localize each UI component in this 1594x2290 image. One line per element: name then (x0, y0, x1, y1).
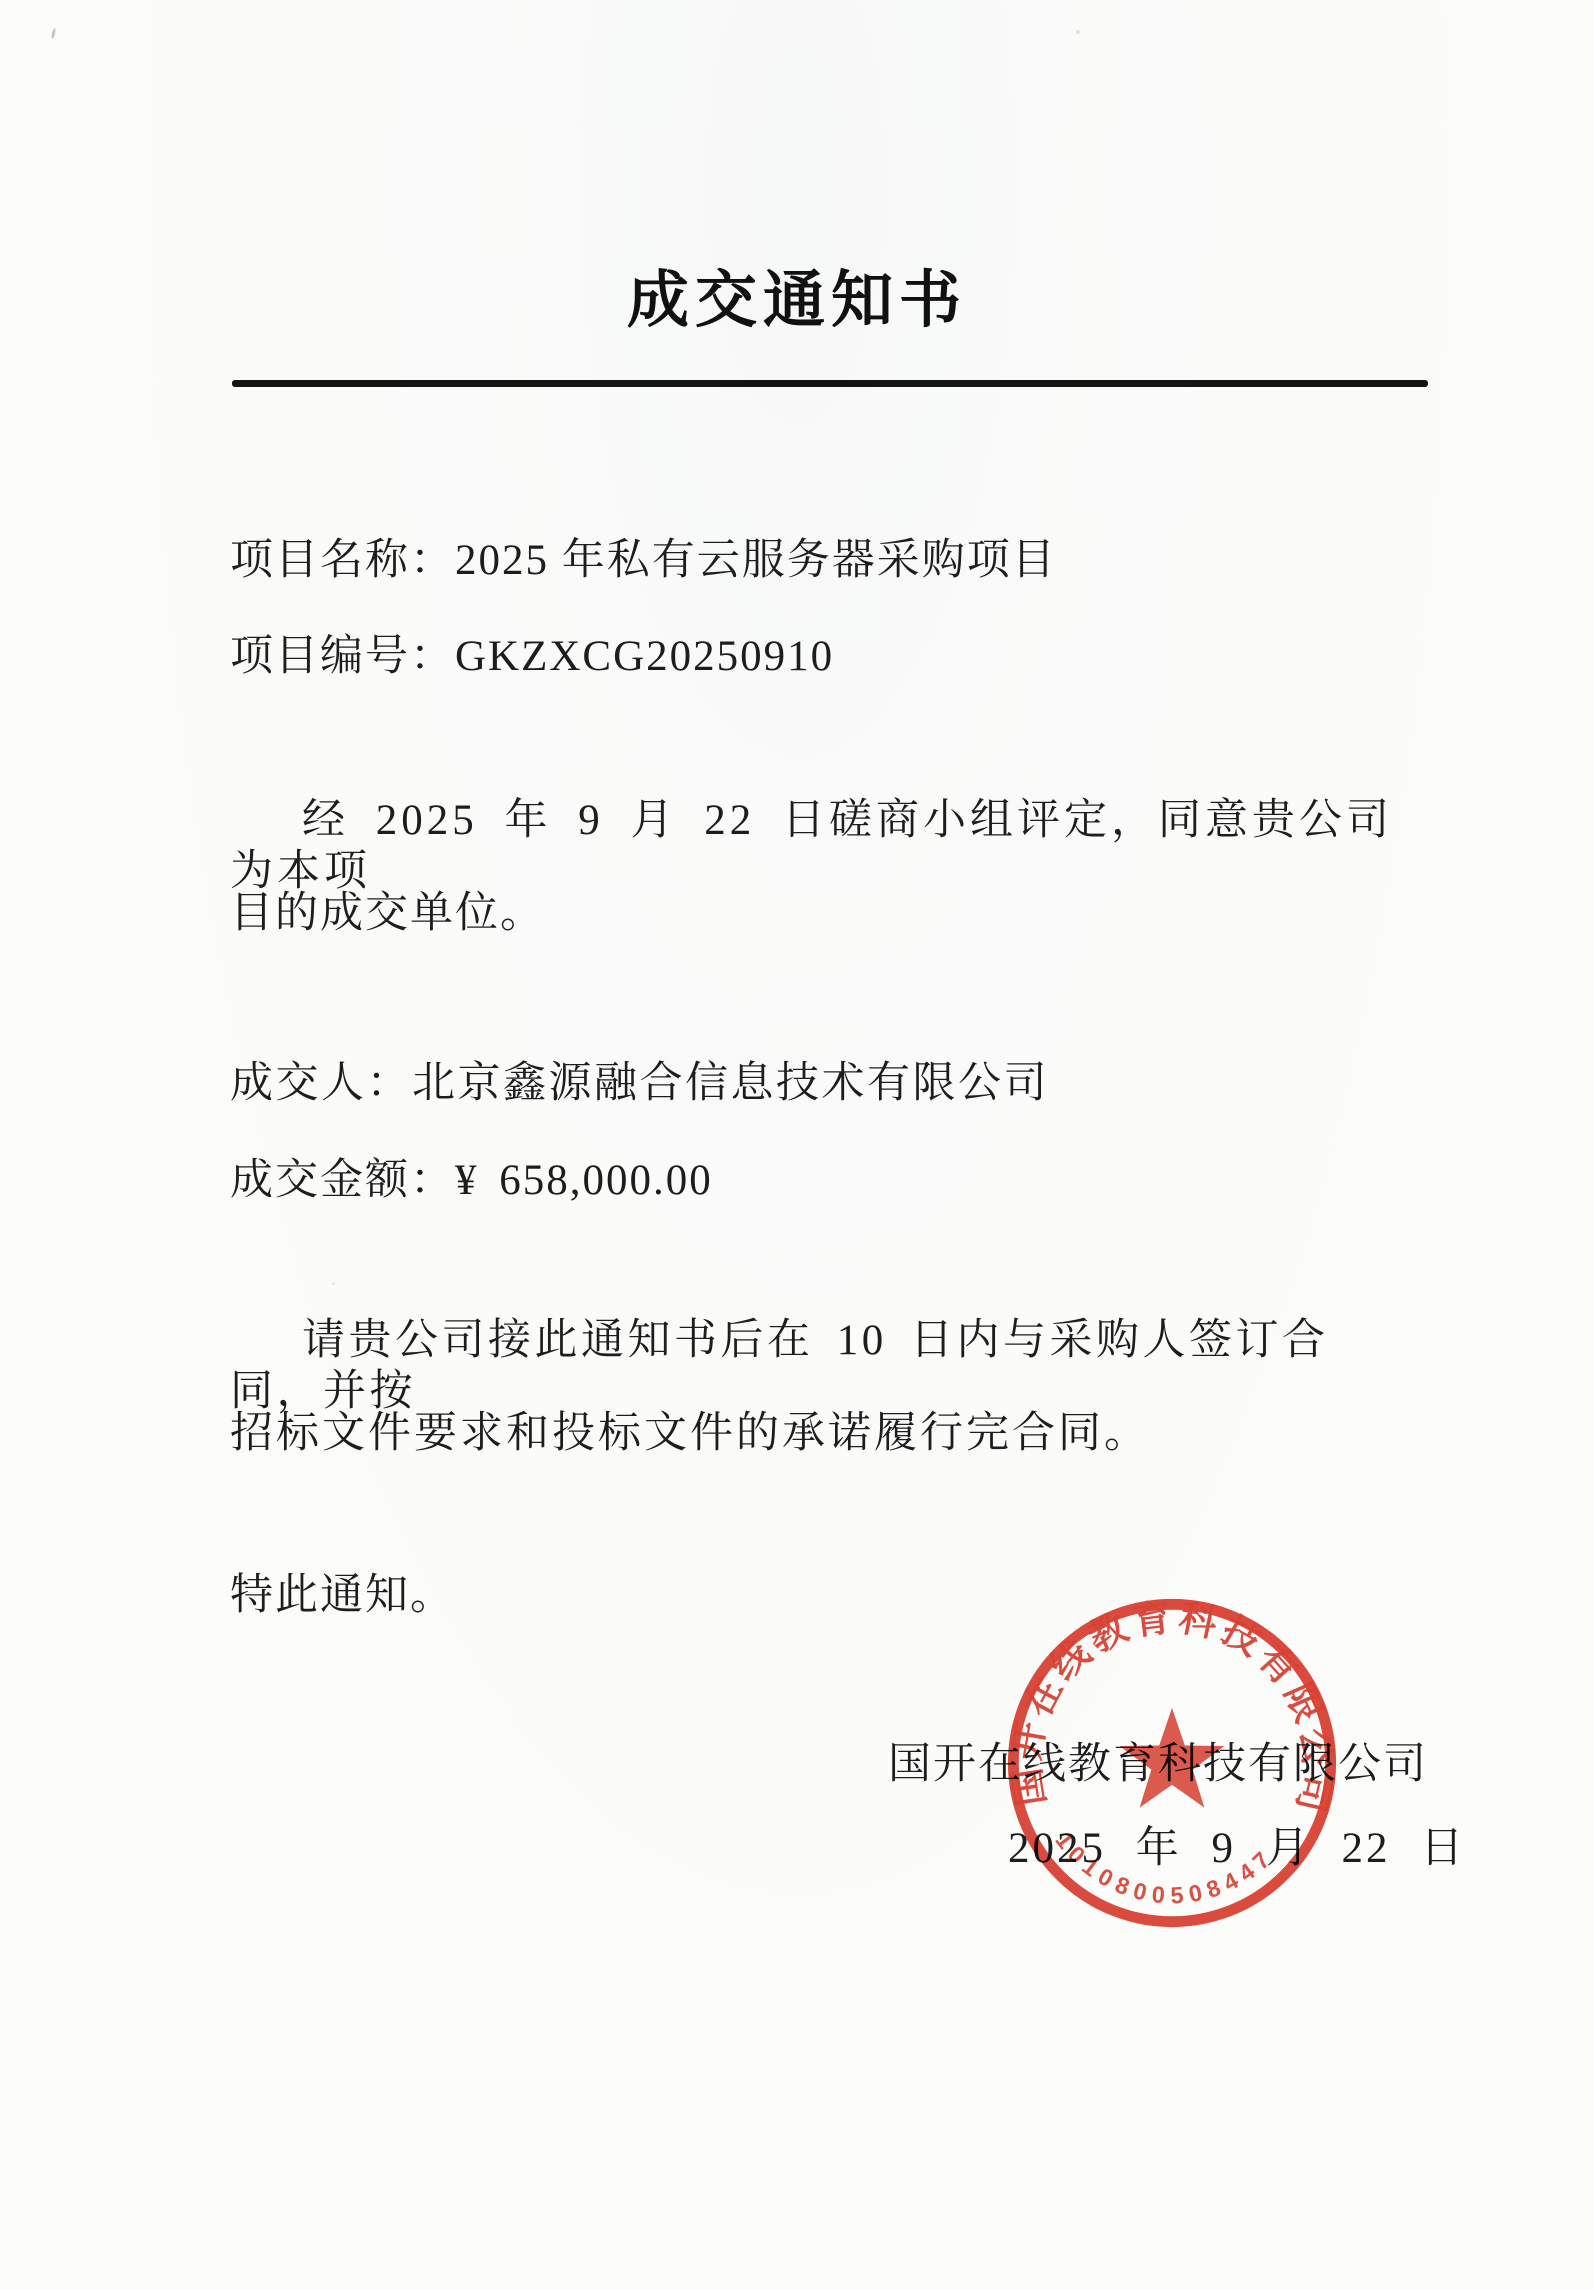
scanned-notice-page: 成交通知书 项目名称：2025 年私有云服务器采购项目 项目编号：GKZXCG2… (0, 0, 1594, 2290)
stamp-star-icon (1120, 1708, 1225, 1808)
title-divider-line (232, 380, 1428, 387)
scan-artifact-speck (1076, 30, 1080, 34)
amount-line: 成交金额：¥ 658,000.00 (230, 1156, 713, 1207)
document-title: 成交通知书 (0, 250, 1594, 339)
decision-paragraph-line2: 目的成交单位。 (230, 889, 545, 940)
stamp-graphic: 国开在线教育科技有限公司 1010800508447 (1002, 1596, 1342, 1930)
scan-artifact-speck (332, 1282, 335, 1285)
closing-line: 特此通知。 (230, 1571, 455, 1622)
project-code-line: 项目编号：GKZXCG20250910 (230, 632, 834, 683)
company-stamp: 国开在线教育科技有限公司 1010800508447 (1002, 1596, 1342, 1930)
contract-paragraph-line2: 招标文件要求和投标文件的承诺履行完合同。 (230, 1409, 1150, 1460)
scan-artifact-speck (51, 28, 57, 39)
winner-line: 成交人：北京鑫源融合信息技术有限公司 (230, 1059, 1049, 1110)
project-name-line: 项目名称：2025 年私有云服务器采购项目 (230, 536, 1057, 587)
decision-paragraph-line1: 经 2025 年 9 月 22 日磋商小组评定，同意贵公司为本项 (230, 796, 1400, 897)
contract-paragraph-line1: 请贵公司接此通知书后在 10 日内与采购人签订合同，并按 (230, 1316, 1400, 1417)
